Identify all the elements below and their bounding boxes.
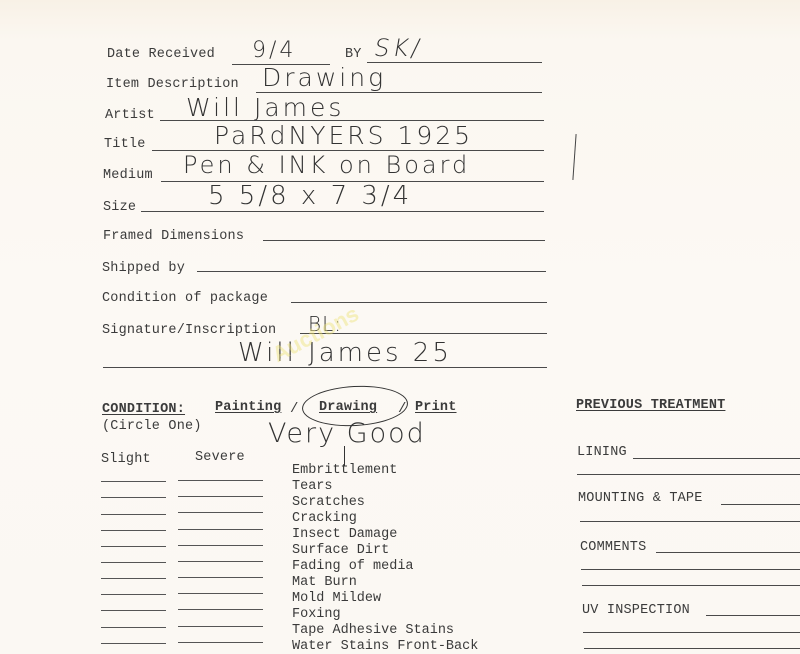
circle-one-note: (Circle One) bbox=[102, 419, 202, 434]
condition-item: Scratches bbox=[292, 495, 478, 511]
slight-blank-6[interactable] bbox=[101, 562, 166, 563]
condition-item: Mold Mildew bbox=[292, 591, 478, 607]
severe-blank-8[interactable] bbox=[178, 593, 263, 594]
slight-blank-3[interactable] bbox=[101, 514, 166, 515]
condition-heading: CONDITION: bbox=[102, 402, 185, 417]
slight-blank-7[interactable] bbox=[101, 578, 166, 579]
uv-inspection-label: UV INSPECTION bbox=[582, 603, 690, 618]
comments-line-2[interactable] bbox=[581, 569, 800, 570]
condition-items-list: Embrittlement Tears Scratches Cracking I… bbox=[292, 463, 478, 654]
by-line bbox=[367, 62, 542, 63]
condition-item: Embrittlement bbox=[292, 463, 478, 479]
slight-blank-9[interactable] bbox=[101, 610, 166, 611]
severe-blank-6[interactable] bbox=[178, 561, 263, 562]
severe-blank-4[interactable] bbox=[178, 529, 263, 530]
comments-label: COMMENTS bbox=[580, 540, 646, 555]
condition-option-sep-1: / bbox=[290, 401, 299, 417]
item-description-label: Item Description bbox=[106, 77, 239, 92]
item-description-value[interactable]: Drawing bbox=[262, 63, 386, 92]
shipped-by-label: Shipped by bbox=[102, 261, 185, 276]
severe-blank-11[interactable] bbox=[178, 642, 263, 643]
mounting-tape-line[interactable] bbox=[721, 504, 800, 505]
framed-dimensions-line[interactable] bbox=[263, 240, 545, 241]
size-line bbox=[141, 211, 544, 212]
severe-blank-7[interactable] bbox=[178, 577, 263, 578]
slight-blank-2[interactable] bbox=[101, 497, 166, 498]
column-severe-label: Severe bbox=[195, 450, 245, 465]
condition-item: Mat Burn bbox=[292, 575, 478, 591]
date-received-value[interactable]: 9/4 bbox=[252, 38, 296, 63]
condition-item: Tape Adhesive Stains bbox=[292, 623, 478, 639]
slight-blank-1[interactable] bbox=[101, 481, 166, 482]
condition-of-package-line[interactable] bbox=[291, 302, 547, 303]
slight-blank-8[interactable] bbox=[101, 594, 166, 595]
uv-inspection-line-2[interactable] bbox=[583, 632, 800, 633]
uv-inspection-line-3[interactable] bbox=[584, 648, 800, 649]
previous-treatment-heading: PREVIOUS TREATMENT bbox=[576, 398, 725, 413]
severe-blank-2[interactable] bbox=[178, 496, 263, 497]
title-label: Title bbox=[104, 137, 146, 152]
lining-line[interactable] bbox=[633, 458, 800, 459]
mounting-tape-label: MOUNTING & TAPE bbox=[578, 491, 703, 506]
condition-item: Cracking bbox=[292, 511, 478, 527]
signature-inscription-label: Signature/Inscription bbox=[102, 323, 276, 338]
size-label: Size bbox=[103, 200, 136, 215]
slight-blank-10[interactable] bbox=[101, 627, 166, 628]
slight-blank-5[interactable] bbox=[101, 546, 166, 547]
artist-value[interactable]: Will James bbox=[186, 93, 344, 122]
date-received-label: Date Received bbox=[107, 47, 215, 62]
pen-stroke-mark bbox=[572, 134, 576, 180]
comments-line[interactable] bbox=[656, 552, 800, 553]
severe-blank-9[interactable] bbox=[178, 609, 263, 610]
framed-dimensions-label: Framed Dimensions bbox=[103, 229, 244, 244]
mounting-tape-line-2[interactable] bbox=[580, 521, 800, 522]
by-label: BY bbox=[345, 47, 362, 62]
severe-blank-1[interactable] bbox=[178, 480, 263, 481]
condition-of-package-label: Condition of package bbox=[102, 291, 268, 306]
condition-item: Water Stains Front-Back bbox=[292, 639, 478, 654]
comments-line-3[interactable] bbox=[582, 585, 800, 586]
slight-blank-4[interactable] bbox=[101, 530, 166, 531]
shipped-by-line[interactable] bbox=[197, 271, 546, 272]
title-value[interactable]: PaRdNYERS 1925 bbox=[214, 121, 473, 150]
condition-item: Insect Damage bbox=[292, 527, 478, 543]
condition-item: Surface Dirt bbox=[292, 543, 478, 559]
slight-blank-11[interactable] bbox=[101, 643, 166, 644]
scanned-form-page: Date Received 9/4 BY SK/ Item Descriptio… bbox=[0, 0, 800, 654]
lining-line-2[interactable] bbox=[577, 474, 800, 475]
artist-label: Artist bbox=[105, 108, 155, 123]
medium-value[interactable]: Pen & INK on Board bbox=[183, 151, 470, 179]
severe-blank-3[interactable] bbox=[178, 512, 263, 513]
severe-blank-10[interactable] bbox=[178, 626, 263, 627]
lining-label: LINING bbox=[577, 445, 627, 460]
condition-option-painting[interactable]: Painting bbox=[215, 400, 281, 415]
medium-label: Medium bbox=[103, 168, 153, 183]
condition-handwritten-note[interactable]: Very Good bbox=[268, 418, 426, 449]
condition-item: Fading of media bbox=[292, 559, 478, 575]
condition-item: Foxing bbox=[292, 607, 478, 623]
uv-inspection-line[interactable] bbox=[706, 615, 800, 616]
by-value[interactable]: SK/ bbox=[372, 34, 425, 62]
condition-item: Tears bbox=[292, 479, 478, 495]
severe-blank-5[interactable] bbox=[178, 545, 263, 546]
column-slight-label: Slight bbox=[101, 452, 151, 467]
condition-option-print[interactable]: Print bbox=[415, 400, 457, 415]
size-value[interactable]: 5 5/8 x 7 3/4 bbox=[208, 181, 412, 211]
